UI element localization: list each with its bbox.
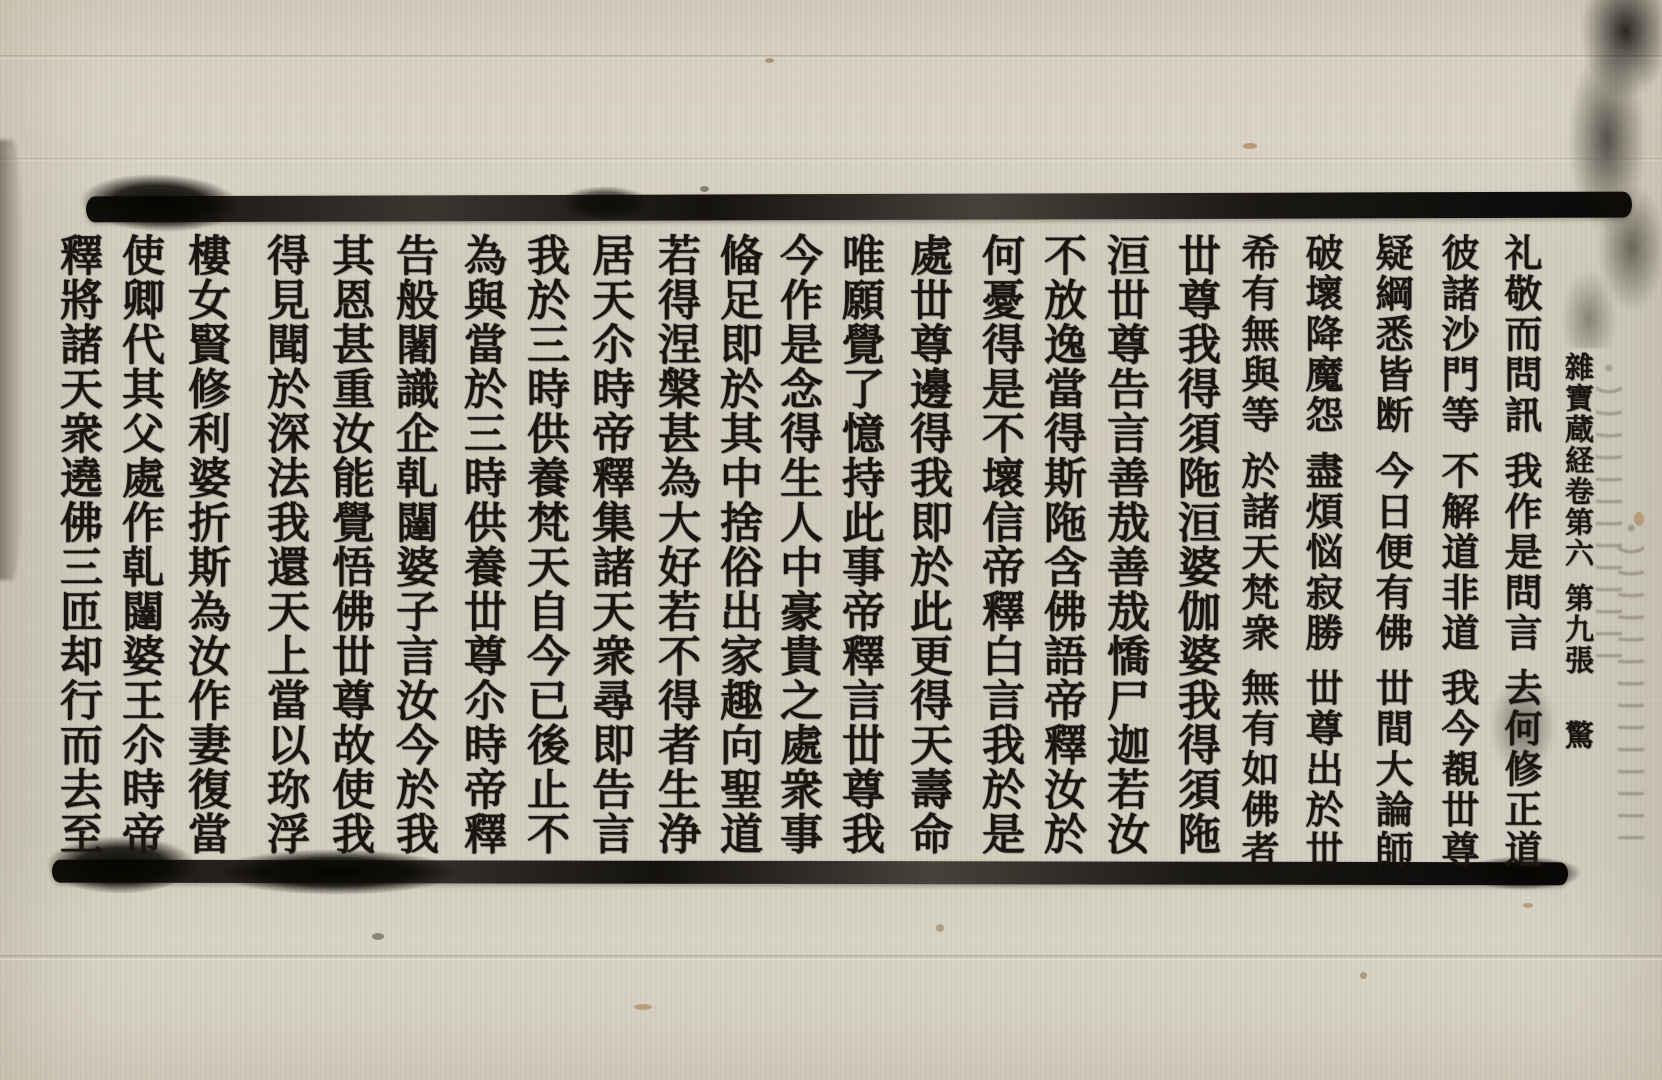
- paper-stain: [634, 1004, 652, 1010]
- text-line: 不放逸當得斯陁含佛語帝釋汝於: [1037, 233, 1087, 856]
- text-column: 得見聞於深法我還天上當以珎浮: [256, 233, 314, 873]
- text-line: 驚: [1561, 720, 1595, 751]
- verse-line: 丗間大論師: [1369, 668, 1414, 871]
- text-column: 今作是念得生人中豪貴之處衆事: [769, 233, 827, 873]
- ink-smudge-left-margin: [0, 140, 24, 580]
- text-column: 疑綱悉皆断今日便有佛丗間大論師: [1363, 233, 1419, 873]
- text-column: 破壞降魔怨盡煩悩寂勝丗尊出於丗: [1293, 233, 1349, 873]
- verse-line: 丗尊出於丗: [1299, 668, 1344, 871]
- text-column: 使卿代其父處作乹闥婆王尒時帝: [111, 233, 169, 873]
- text-column: 彼諸沙門等不解道非道我今覩丗尊: [1429, 233, 1485, 873]
- paper-stain: [372, 933, 384, 940]
- ink-smudge-right-margin: [1540, 0, 1662, 348]
- manuscript-photo: 雜寶蔵経卷第六第九張驚礼敬而問訊我作是問言去何修正道彼諸沙門等不解道非道我今覩丗…: [0, 0, 1662, 1080]
- woodblock-border-top: [86, 192, 1632, 223]
- faint-margin-marks: [1618, 520, 1644, 840]
- text-line: 為與當於三時供養丗尊尒時帝釋: [457, 233, 507, 856]
- text-column: 丗尊我得須陁洹婆伽婆我得須陁: [1167, 233, 1225, 873]
- text-column: 釋將諸天衆遶佛三匝却行而去至: [49, 233, 107, 873]
- text-line: 樓女賢修利婆折斯為汝作妻復當: [181, 233, 231, 856]
- paper-stain: [1523, 903, 1533, 908]
- text-line: 處丗尊邊得我即於此更得天壽命: [903, 233, 953, 856]
- paper-stain: [1243, 143, 1257, 149]
- text-column: 何憂得是不壞信帝釋白言我於是: [971, 233, 1029, 873]
- paper-stain: [1360, 972, 1367, 979]
- text-line: 丗尊我得須陁洹婆伽婆我得須陁: [1171, 233, 1221, 856]
- verse-line: 彼諸沙門等: [1435, 233, 1480, 436]
- text-column: 處丗尊邊得我即於此更得天壽命: [899, 233, 957, 873]
- text-column: 為與當於三時供養丗尊尒時帝釋: [453, 233, 511, 873]
- verse-line: 疑綱悉皆断: [1369, 233, 1414, 436]
- text-column: 洹丗尊告言善㦲善㦲憍尸迦若汝: [1096, 233, 1154, 873]
- text-line: 居天尒時帝釋集諸天衆尋即告言: [585, 233, 635, 856]
- text-column: 偹足即於其中捨俗出家趣向聖道: [709, 233, 767, 873]
- text-line: 釋將諸天衆遶佛三匝却行而去至: [53, 233, 103, 856]
- verse-line: 今日便有佛: [1369, 451, 1414, 654]
- text-line: 告般闍識企乹闥婆子言汝今於我: [389, 233, 439, 856]
- verse-line: 於諸天梵衆: [1235, 451, 1280, 654]
- verse-line: 無有如佛者: [1235, 668, 1280, 871]
- ink-blot: [560, 186, 650, 220]
- text-line: 何憂得是不壞信帝釋白言我於是: [975, 233, 1025, 856]
- paper-crease: [0, 158, 1662, 161]
- text-column: 若得涅槃甚為大好若不得者生浄: [647, 233, 705, 873]
- text-line: 我於三時供養梵天自今已後止不: [520, 233, 570, 856]
- text-column: 唯願覺了憶持此事帝釋言丗尊我: [831, 233, 889, 873]
- text-column: 希有無與等於諸天梵衆無有如佛者: [1229, 233, 1285, 873]
- volume-title-column: 雜寶蔵経卷第六第九張驚: [1557, 352, 1599, 912]
- text-column: 告般闍識企乹闥婆子言汝今於我: [385, 233, 443, 873]
- ink-blot: [79, 171, 241, 235]
- text-column: 我於三時供養梵天自今已後止不: [516, 233, 574, 873]
- paper-stain: [936, 924, 944, 932]
- paper-stain: [1634, 512, 1644, 526]
- verse-line: 去何修正道: [1498, 668, 1543, 871]
- text-column: 不放逸當得斯陁含佛語帝釋汝於: [1033, 233, 1091, 873]
- paper-crease: [0, 955, 1662, 960]
- text-column: 樓女賢修利婆折斯為汝作妻復當: [177, 233, 235, 873]
- text-column: 其恩甚重汝能覺悟佛丗尊故使我: [321, 233, 379, 873]
- verse-line: 盡煩悩寂勝: [1299, 451, 1344, 654]
- verse-line: 希有無與等: [1235, 233, 1280, 436]
- text-line: 今作是念得生人中豪貴之處衆事: [773, 233, 823, 856]
- verse-line: 破壞降魔怨: [1299, 233, 1344, 436]
- paper-stain: [700, 186, 709, 192]
- text-line: 其恩甚重汝能覺悟佛丗尊故使我: [325, 233, 375, 856]
- text-line: 第九張: [1561, 583, 1595, 676]
- text-line: 得見聞於深法我還天上當以珎浮: [260, 233, 310, 856]
- text-line: 偹足即於其中捨俗出家趣向聖道: [713, 233, 763, 856]
- paper-stain: [765, 58, 774, 63]
- text-line: 若得涅槃甚為大好若不得者生浄: [651, 233, 701, 856]
- paper-crease: [0, 55, 1662, 59]
- text-column: 居天尒時帝釋集諸天衆尋即告言: [581, 233, 639, 873]
- text-line: 使卿代其父處作乹闥婆王尒時帝: [115, 233, 165, 856]
- text-line: 洹丗尊告言善㦲善㦲憍尸迦若汝: [1100, 233, 1150, 856]
- text-line: 雜寶蔵経卷第六: [1561, 352, 1595, 569]
- text-line: 唯願覺了憶持此事帝釋言丗尊我: [835, 233, 885, 856]
- verse-line: 我今覩丗尊: [1435, 668, 1480, 871]
- text-column: 礼敬而問訊我作是問言去何修正道: [1492, 233, 1548, 873]
- verse-line: 不解道非道: [1435, 451, 1480, 654]
- verse-line: 礼敬而問訊: [1498, 233, 1543, 436]
- verse-line: 我作是問言: [1498, 451, 1543, 654]
